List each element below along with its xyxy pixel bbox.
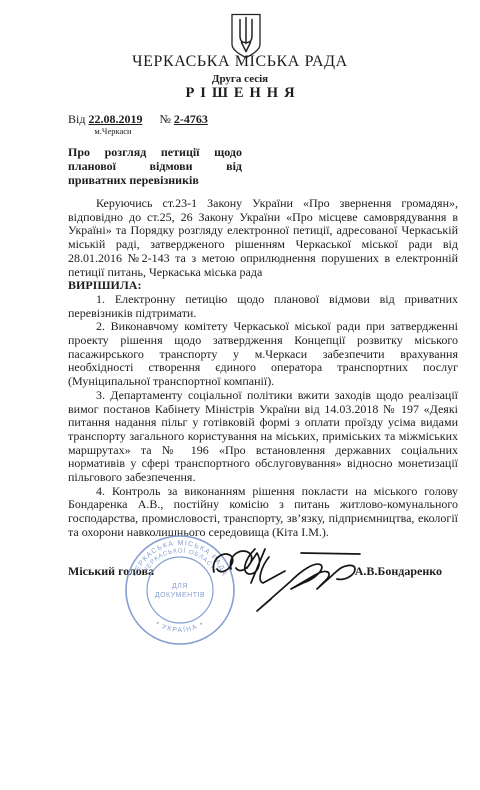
- signatory-name: А.В.Бондаренко: [355, 564, 442, 579]
- svg-text:• УКРАЇНА •: • УКРАЇНА •: [154, 620, 205, 634]
- stamp-center-line2: ДОКУМЕНТІВ: [155, 592, 205, 599]
- document-type-title: РІШЕННЯ: [0, 85, 480, 102]
- date-number-line: Від 22.08.2019 № 2-4763: [68, 112, 208, 127]
- organization-name: ЧЕРКАСЬКА МІСЬКА РАДА: [0, 53, 480, 71]
- subject-paragraph: Про розгляд петиції щодо планової відмов…: [68, 146, 242, 187]
- document-page: ЧЕРКАСЬКА МІСЬКА РАДА Друга сесія РІШЕНН…: [0, 0, 480, 790]
- resolved-keyword: ВИРІШИЛА:: [68, 279, 458, 293]
- number-label: №: [159, 112, 170, 126]
- resolution-item-1: 1. Електронну петицію щодо планової відм…: [68, 293, 458, 320]
- date-value: 22.08.2019: [88, 112, 142, 126]
- document-body: Керуючись ст.23-1 Закону України «Про зв…: [68, 197, 458, 540]
- city-label: м.Черкаси: [81, 126, 145, 136]
- stamp-ring-bottom-text: • УКРАЇНА •: [154, 620, 205, 634]
- resolution-item-2: 2. Виконавчому комітету Черкаської міськ…: [68, 320, 458, 389]
- preamble-paragraph: Керуючись ст.23-1 Закону України «Про зв…: [68, 197, 458, 279]
- date-label: Від: [68, 112, 85, 126]
- number-value: 2-4763: [174, 112, 208, 126]
- stamp-center-line1: ДЛЯ: [172, 583, 188, 590]
- resolution-item-3: 3. Департаменту соціальної політики вжит…: [68, 389, 458, 485]
- signature-scribble-icon: [202, 538, 367, 618]
- session-title: Друга сесія: [0, 73, 480, 85]
